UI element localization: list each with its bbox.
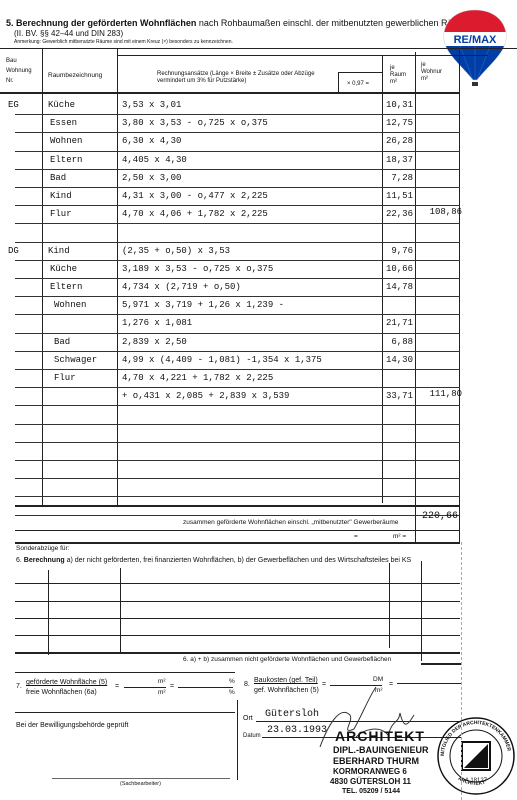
s8-unit-top: DM [373, 676, 383, 683]
row-divider [15, 114, 460, 115]
row-divider [15, 260, 460, 261]
raum-area-cell: 22,36 [382, 209, 413, 219]
section-6-title-rest: a) der nicht geförderten, frei finanzier… [65, 557, 412, 564]
calc-cell: 5,971 x 3,719 + 1,26 x 1,239 - [122, 300, 284, 310]
calc-cell: 4,70 x 4,221 + 1,782 x 2,225 [122, 373, 273, 383]
header-inner-top [118, 55, 488, 56]
room-cell: Flur [54, 373, 76, 383]
right-page-edge [461, 542, 462, 800]
raum-area-cell: 10,66 [382, 264, 413, 274]
raum-area-cell: 33,71 [382, 391, 413, 401]
raum-area-cell: 7,28 [382, 173, 413, 183]
raum-area-cell: 26,28 [382, 136, 413, 146]
je-raum-1: je [390, 65, 395, 72]
architect-stamp-line4: 4830 GÜTERSLOH 11 [330, 777, 411, 786]
je-wohnung-1: je [421, 62, 426, 69]
signer-line [52, 778, 230, 779]
room-cell: Küche [50, 264, 77, 274]
remax-balloon-logo: RE/MAX [440, 8, 510, 90]
s6-col-4 [421, 561, 422, 661]
raum-area-cell: 14,30 [382, 355, 413, 365]
legal-reference: (II. BV. §§ 42–44 und DIN 283) [14, 29, 123, 38]
raumbezeichnung-header: Raumbezeichnung [48, 72, 102, 79]
title-rest: nach Rohbaumaßen einschl. der mitbenutzt… [196, 18, 470, 28]
row-divider [15, 151, 460, 152]
s7-fraction-field-2 [178, 687, 233, 688]
architect-stamp-line2: EBERHARD THURM [333, 756, 419, 766]
col-divider-4 [415, 52, 416, 542]
section-7-numerator: geförderte Wohnfläche (5) [26, 679, 107, 686]
totals-value: 220,66 [422, 511, 458, 522]
row-divider [15, 205, 460, 206]
architect-stamp-line1: DIPL.-BAUINGENIEUR [333, 745, 429, 755]
je-raum-2: Raum [390, 72, 406, 79]
row-divider [15, 351, 460, 352]
wohnung-area-cell: 108,86 [418, 207, 462, 217]
raum-area-cell: 18,37 [382, 155, 413, 165]
calc-cell: 2,50 x 3,00 [122, 173, 181, 183]
col-divider-1 [42, 48, 43, 505]
calc-cell: 1,276 x 1,081 [122, 318, 192, 328]
section-6-title-bold: Berechnung [24, 557, 65, 564]
s6-line-2 [15, 601, 460, 602]
section-7-number: 7. [16, 683, 22, 690]
calc-cell: (2,35 + o,50) x 3,53 [122, 246, 230, 256]
totals-bottom-border [15, 530, 460, 531]
s8-result-field [397, 683, 462, 684]
raum-area-cell: 11,51 [382, 191, 413, 201]
calc-cell: 4,70 x 4,06 + 1,782 x 2,225 [122, 209, 268, 219]
s6-line-4 [15, 635, 460, 636]
je-wohnung-2: Wohnur [421, 69, 442, 76]
factor-label: × 0,97 = [347, 81, 369, 88]
totals-m2: m² = [393, 533, 406, 540]
room-cell: Kind [48, 246, 70, 256]
je-raum-3: m² [390, 79, 397, 86]
row-divider [15, 369, 460, 370]
calc-cell: 3,189 x 3,53 - o,725 x o,375 [122, 264, 273, 274]
section-number: 5. [6, 18, 14, 28]
totals-top-border [15, 505, 460, 507]
section-5-title: 5. Berechnung der geförderten Wohnfläche… [6, 18, 470, 28]
s6-line-1 [15, 583, 460, 584]
approval-top-border [15, 712, 235, 713]
remax-wordmark: RE/MAX [454, 34, 497, 46]
row-divider [15, 296, 460, 297]
s7-pct-top: % [229, 678, 235, 685]
calc-cell: 3,53 x 3,01 [122, 100, 181, 110]
s6-col-2 [120, 568, 121, 653]
sonderabzuege-label: Sonderabzüge für: [16, 545, 69, 552]
col-divider-2 [117, 48, 118, 505]
raum-area-cell: 12,75 [382, 118, 413, 128]
architect-stamp-line3: KORMORANWEG 6 [333, 767, 407, 776]
datum-label: Datum [243, 733, 261, 739]
je-wohnung-3: m² [421, 76, 428, 83]
row-divider [15, 460, 460, 461]
calc-cell: 4,99 x (4,409 - 1,081) -1,354 x 1,375 [122, 355, 322, 365]
round-seal-stamp: A 18127 MITGLIED DER ARCHITEKTENKAMMER A… [432, 712, 516, 800]
s7-m2-bottom: m² [158, 689, 166, 696]
bau-label: Bau [6, 58, 17, 65]
room-cell: Essen [50, 118, 77, 128]
room-cell: Flur [50, 209, 72, 219]
row-divider [15, 169, 460, 170]
room-cell: Bad [54, 337, 70, 347]
row-divider [15, 132, 460, 133]
ort-label: Ort [243, 715, 253, 722]
row-divider [15, 242, 460, 243]
room-cell: Wohnen [54, 300, 86, 310]
section-7-denominator: freie Wohnflächen (6a) [26, 689, 97, 696]
raum-area-cell: 21,71 [382, 318, 413, 328]
totals-eq: = [354, 533, 358, 540]
rechnung-header-line2: vermindert um 3% für Putzstärke) [157, 78, 246, 85]
room-cell: Eltern [50, 155, 82, 165]
architect-stamp-title: ARCHITEKT [335, 728, 425, 744]
row-divider [15, 424, 460, 425]
calc-cell: + o,431 x 2,085 + 2,839 x 3,539 [122, 391, 289, 401]
floor-cell: DG [8, 246, 19, 256]
row-divider [15, 278, 460, 279]
factor-box-left [338, 72, 339, 92]
factor-box-top [338, 72, 382, 73]
floor-cell: EG [8, 100, 19, 110]
s7-m2-top: m² [158, 678, 166, 685]
row-divider [15, 223, 460, 224]
s7-fraction-field-1 [124, 687, 166, 688]
room-cell: Schwager [54, 355, 97, 365]
row-divider [15, 478, 460, 479]
room-cell: Küche [48, 100, 75, 110]
nr-label: Nr. [6, 78, 14, 85]
raum-area-cell: 6,88 [382, 337, 413, 347]
raum-area-cell: 10,31 [382, 100, 413, 110]
row-divider [15, 515, 460, 516]
raum-area-cell: 14,78 [382, 282, 413, 292]
row-divider [15, 314, 460, 315]
calc-cell: 4,734 x (2,719 + o,50) [122, 282, 241, 292]
s6-line-5 [15, 652, 460, 654]
section-8-numerator: Baukosten (gef. Teil) [254, 677, 318, 684]
wohnung-label: Wohnung [6, 68, 32, 75]
room-cell: Bad [50, 173, 66, 183]
calc-cell: 4,405 x 4,30 [122, 155, 187, 165]
approval-right-border [237, 700, 238, 780]
s7-top-border [15, 672, 235, 673]
row-divider [15, 496, 460, 497]
wohnung-area-cell: 111,80 [418, 389, 462, 399]
sonder-top-border [15, 542, 460, 544]
s7-pct-bottom: % [229, 689, 235, 696]
s6-line-3 [15, 618, 460, 619]
header-bottom-border [0, 92, 460, 94]
signer-caption: (Sachbearbeiter) [120, 781, 161, 787]
s7-eq2: = [170, 683, 174, 690]
calc-cell: 3,80 x 3,53 - o,725 x o,375 [122, 118, 268, 128]
row-divider [15, 405, 460, 406]
room-cell: Eltern [50, 282, 82, 292]
section-6-number: 6. [16, 557, 22, 564]
section-8-number: 8. [244, 681, 250, 688]
room-cell: Kind [50, 191, 72, 201]
raum-area-cell: 9,76 [382, 246, 413, 256]
s7-eq1: = [115, 683, 119, 690]
totals-label: zusammen geförderte Wohnflächen einschl.… [183, 519, 398, 526]
calc-cell: 6,30 x 4,30 [122, 136, 181, 146]
annotation-note: Anmerkung: Gewerblich mitbenutzte Räume … [14, 39, 233, 45]
section-6-title: 6. Berechnung a) der nicht geförderten, … [16, 557, 411, 564]
rechnung-header-line1: Rechnungsansätze (Länge × Breite ± Zusät… [157, 71, 315, 78]
row-divider [15, 187, 460, 188]
s6-sum-field [421, 663, 461, 665]
calc-cell: 2,839 x 2,50 [122, 337, 187, 347]
table-top-border [0, 48, 517, 49]
row-divider [15, 387, 460, 388]
architect-stamp-line5: TEL. 05209 / 5144 [342, 788, 400, 795]
section-6-sum-label: 6. a) + b) zusammen nicht geförderte Woh… [183, 656, 391, 663]
title-bold: Berechnung der geförderten Wohnflächen [16, 18, 196, 28]
approval-label: Bei der Bewilligungsbehörde geprüft [16, 722, 128, 729]
row-divider [15, 442, 460, 443]
calc-cell: 4,31 x 3,00 - o,477 x 2,225 [122, 191, 268, 201]
row-divider [15, 333, 460, 334]
room-cell: Wohnen [50, 136, 82, 146]
